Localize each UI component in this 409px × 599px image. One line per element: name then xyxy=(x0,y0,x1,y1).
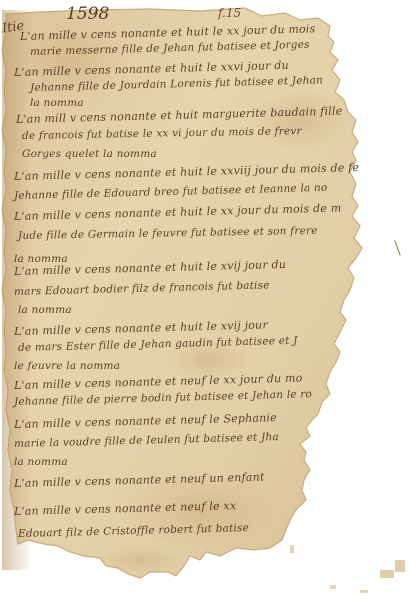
manuscript-page: Itie 1598 f.15 L'an mille v cens nonante… xyxy=(0,0,409,599)
parchment-sheet xyxy=(0,0,409,599)
